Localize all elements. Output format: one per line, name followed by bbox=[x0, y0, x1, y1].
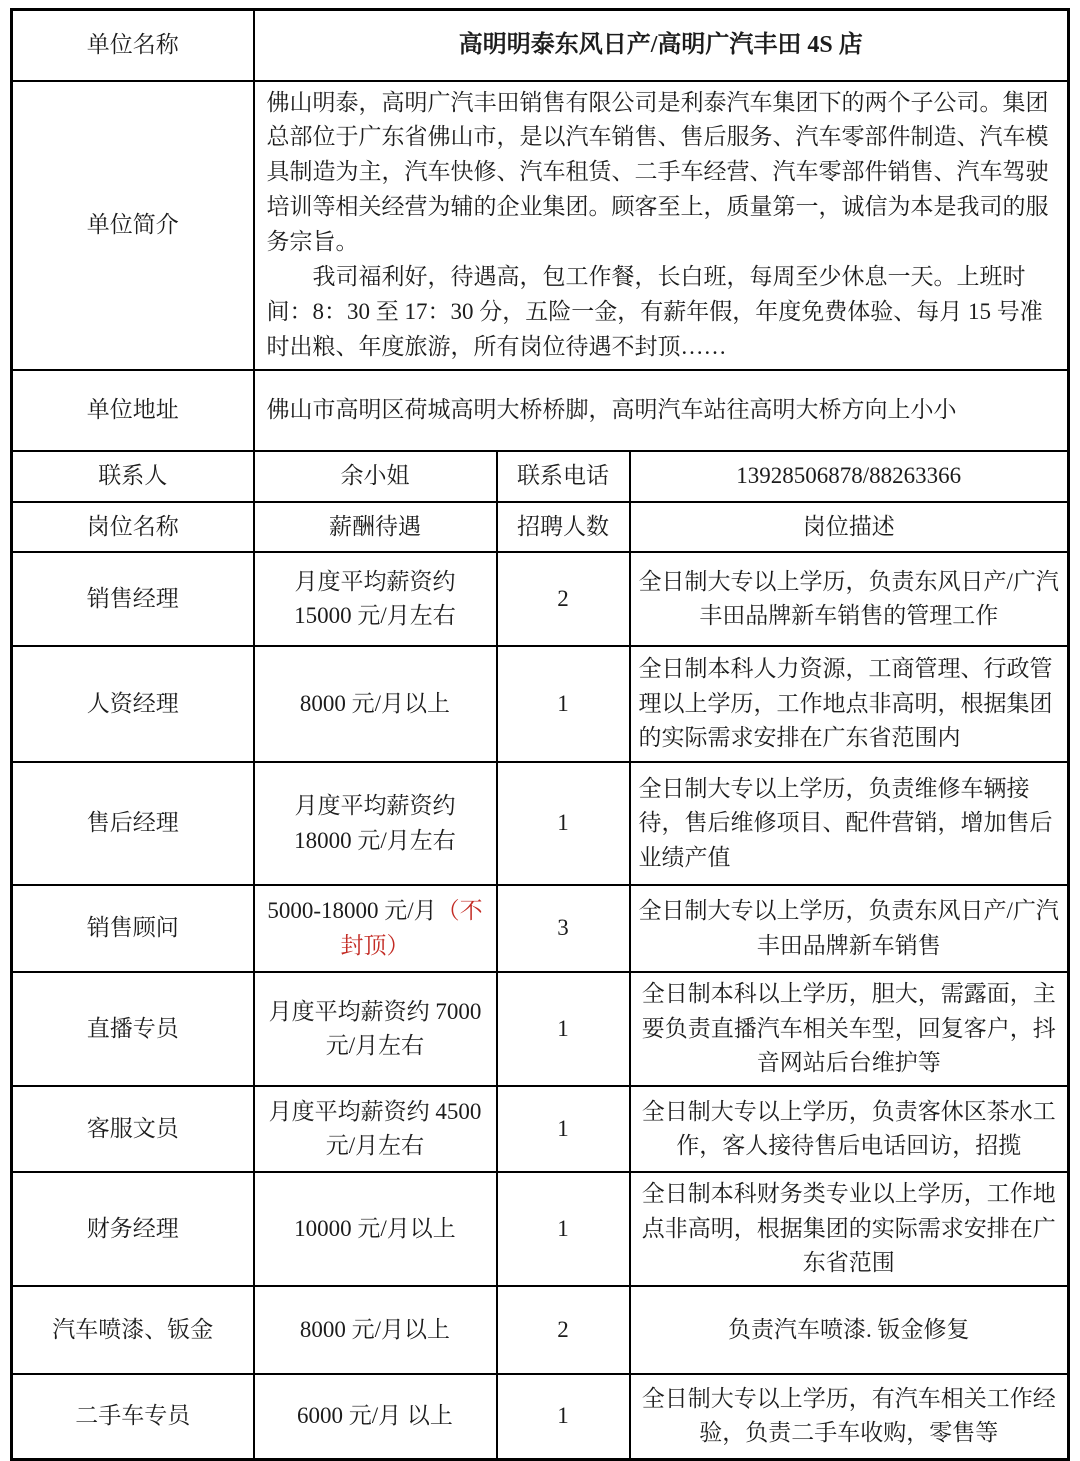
job-count-cell: 1 bbox=[497, 1172, 630, 1286]
unit-intro-row: 单位简介 佛山明泰，高明广汽丰田销售有限公司是利泰汽车集团下的两个子公司。集团总… bbox=[12, 81, 1069, 371]
job-row: 直播专员 月度平均薪资约 7000 元/月左右 1 全日制本科以上学历，胆大，需… bbox=[12, 972, 1069, 1086]
job-count-cell: 2 bbox=[497, 1286, 630, 1374]
recruitment-table: 单位名称 高明明泰东风日产/高明广汽丰田 4S 店 单位简介 佛山明泰，高明广汽… bbox=[10, 8, 1070, 1461]
job-salary-text: 月度平均薪资约 4500 元/月左右 bbox=[269, 1099, 482, 1159]
job-salary-cell: 5000-18000 元/月（不封顶） bbox=[254, 885, 497, 972]
job-desc-cell: 全日制大专以上学历，负责客休区茶水工作，客人接待售后电话回访，招揽 bbox=[630, 1086, 1069, 1172]
header-desc: 岗位描述 bbox=[630, 502, 1069, 552]
job-count-cell: 3 bbox=[497, 885, 630, 972]
job-salary-text: 5000-18000 元/月 bbox=[267, 898, 436, 923]
job-title-cell: 财务经理 bbox=[12, 1172, 254, 1286]
unit-intro-value: 佛山明泰，高明广汽丰田销售有限公司是利泰汽车集团下的两个子公司。集团总部位于广东… bbox=[254, 81, 1069, 371]
jobs-header-row: 岗位名称 薪酬待遇 招聘人数 岗位描述 bbox=[12, 502, 1069, 552]
header-job-title: 岗位名称 bbox=[12, 502, 254, 552]
unit-name-label: 单位名称 bbox=[12, 10, 254, 81]
job-row: 客服文员 月度平均薪资约 4500 元/月左右 1 全日制大专以上学历，负责客休… bbox=[12, 1086, 1069, 1172]
job-title-cell: 人资经理 bbox=[12, 646, 254, 762]
job-count-cell: 1 bbox=[497, 1086, 630, 1172]
job-title-cell: 客服文员 bbox=[12, 1086, 254, 1172]
unit-name-row: 单位名称 高明明泰东风日产/高明广汽丰田 4S 店 bbox=[12, 10, 1069, 81]
job-salary-cell: 月度平均薪资约 18000 元/月左右 bbox=[254, 762, 497, 885]
job-title-cell: 销售经理 bbox=[12, 552, 254, 646]
job-desc-cell: 全日制大专以上学历，有汽车相关工作经验，负责二手车收购，零售等 bbox=[630, 1374, 1069, 1459]
job-title-cell: 售后经理 bbox=[12, 762, 254, 885]
job-row: 财务经理 10000 元/月以上 1 全日制本科财务类专业以上学历，工作地点非高… bbox=[12, 1172, 1069, 1286]
unit-name-value: 高明明泰东风日产/高明广汽丰田 4S 店 bbox=[254, 10, 1069, 81]
unit-address-row: 单位地址 佛山市高明区荷城高明大桥桥脚，高明汽车站往高明大桥方向上小小 bbox=[12, 370, 1069, 451]
job-salary-text: 月度平均薪资约 7000 元/月左右 bbox=[269, 999, 482, 1059]
job-salary-text: 月度平均薪资约 18000 元/月左右 bbox=[294, 793, 456, 853]
job-title-cell: 二手车专员 bbox=[12, 1374, 254, 1459]
job-count-cell: 1 bbox=[497, 972, 630, 1086]
unit-address-value: 佛山市高明区荷城高明大桥桥脚，高明汽车站往高明大桥方向上小小 bbox=[254, 370, 1069, 451]
job-salary-cell: 10000 元/月以上 bbox=[254, 1172, 497, 1286]
contact-label: 联系人 bbox=[12, 451, 254, 502]
job-salary-cell: 8000 元/月以上 bbox=[254, 1286, 497, 1374]
job-salary-text: 10000 元/月以上 bbox=[294, 1216, 456, 1241]
job-salary-text: 8000 元/月以上 bbox=[300, 1317, 450, 1342]
job-desc-cell: 全日制本科财务类专业以上学历，工作地点非高明，根据集团的实际需求安排在广东省范围 bbox=[630, 1172, 1069, 1286]
contact-name: 余小姐 bbox=[254, 451, 497, 502]
header-count: 招聘人数 bbox=[497, 502, 630, 552]
job-row: 人资经理 8000 元/月以上 1 全日制本科人力资源，工商管理、行政管理以上学… bbox=[12, 646, 1069, 762]
job-desc-cell: 全日制本科以上学历，胆大，需露面，主要负责直播汽车相关车型，回复客户，抖音网站后… bbox=[630, 972, 1069, 1086]
job-salary-cell: 月度平均薪资约 4500 元/月左右 bbox=[254, 1086, 497, 1172]
job-salary-cell: 8000 元/月以上 bbox=[254, 646, 497, 762]
unit-address-label: 单位地址 bbox=[12, 370, 254, 451]
job-row: 汽车喷漆、钣金 8000 元/月以上 2 负责汽车喷漆. 钣金修复 bbox=[12, 1286, 1069, 1374]
job-count-cell: 1 bbox=[497, 1374, 630, 1459]
contact-row: 联系人 余小姐 联系电话 13928506878/88263366 bbox=[12, 451, 1069, 502]
job-title-cell: 直播专员 bbox=[12, 972, 254, 1086]
intro-paragraph-1: 佛山明泰，高明广汽丰田销售有限公司是利泰汽车集团下的两个子公司。集团总部位于广东… bbox=[267, 86, 1056, 261]
job-salary-cell: 月度平均薪资约 15000 元/月左右 bbox=[254, 552, 497, 646]
job-row: 销售经理 月度平均薪资约 15000 元/月左右 2 全日制大专以上学历，负责东… bbox=[12, 552, 1069, 646]
job-count-cell: 1 bbox=[497, 762, 630, 885]
job-desc-cell: 全日制大专以上学历，负责维修车辆接待，售后维修项目、配件营销，增加售后业绩产值 bbox=[630, 762, 1069, 885]
phone-label: 联系电话 bbox=[497, 451, 630, 502]
job-desc-cell: 全日制大专以上学历，负责东风日产/广汽丰田品牌新车销售 bbox=[630, 885, 1069, 972]
header-salary: 薪酬待遇 bbox=[254, 502, 497, 552]
job-salary-text: 6000 元/月 以上 bbox=[297, 1403, 453, 1428]
job-count-cell: 1 bbox=[497, 646, 630, 762]
phone-value: 13928506878/88263366 bbox=[630, 451, 1069, 502]
job-title-cell: 汽车喷漆、钣金 bbox=[12, 1286, 254, 1374]
job-desc-cell: 全日制本科人力资源，工商管理、行政管理以上学历，工作地点非高明，根据集团的实际需… bbox=[630, 646, 1069, 762]
job-count-cell: 2 bbox=[497, 552, 630, 646]
unit-intro-label: 单位简介 bbox=[12, 81, 254, 371]
job-salary-text: 月度平均薪资约 15000 元/月左右 bbox=[294, 569, 456, 629]
job-row: 售后经理 月度平均薪资约 18000 元/月左右 1 全日制大专以上学历，负责维… bbox=[12, 762, 1069, 885]
job-salary-cell: 6000 元/月 以上 bbox=[254, 1374, 497, 1459]
job-salary-cell: 月度平均薪资约 7000 元/月左右 bbox=[254, 972, 497, 1086]
job-desc-cell: 负责汽车喷漆. 钣金修复 bbox=[630, 1286, 1069, 1374]
job-row: 销售顾问 5000-18000 元/月（不封顶） 3 全日制大专以上学历，负责东… bbox=[12, 885, 1069, 972]
job-salary-text: 8000 元/月以上 bbox=[300, 691, 450, 716]
job-desc-cell: 全日制大专以上学历，负责东风日产/广汽丰田品牌新车销售的管理工作 bbox=[630, 552, 1069, 646]
intro-paragraph-2: 我司福利好，待遇高，包工作餐，长白班，每周至少休息一天。上班时间：8：30 至 … bbox=[267, 260, 1056, 365]
job-row: 二手车专员 6000 元/月 以上 1 全日制大专以上学历，有汽车相关工作经验，… bbox=[12, 1374, 1069, 1459]
job-title-cell: 销售顾问 bbox=[12, 885, 254, 972]
